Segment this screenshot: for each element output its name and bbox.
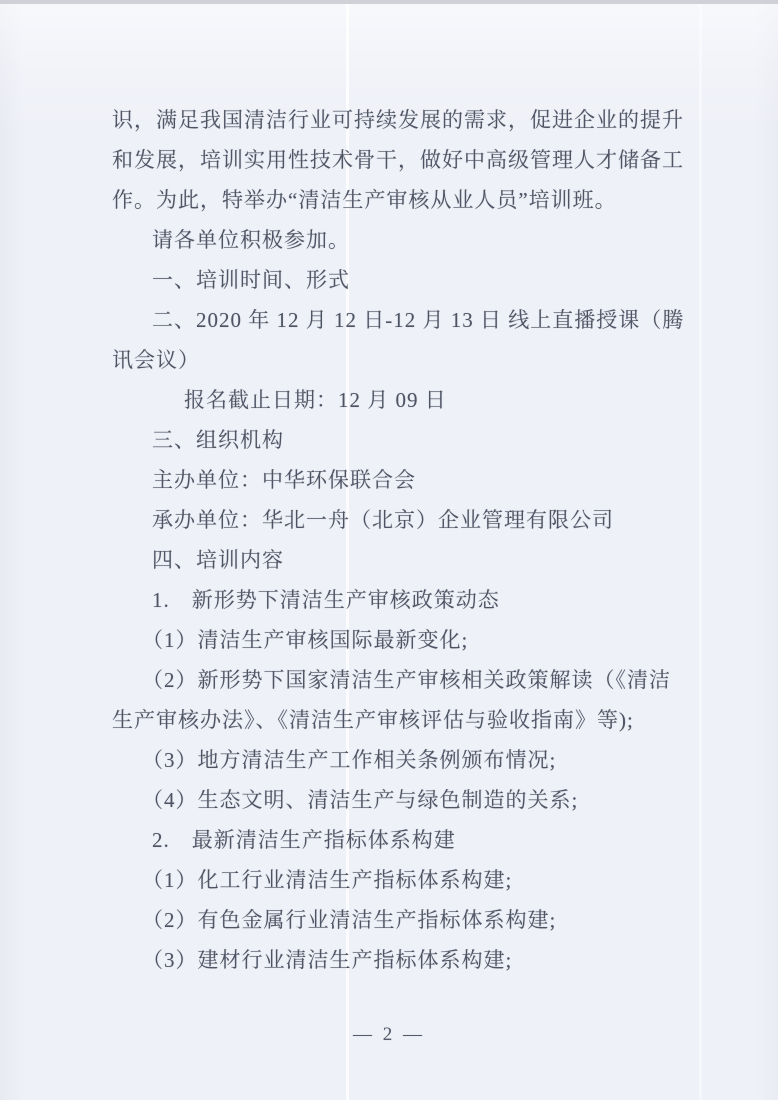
document-line-section-heading: 二、2020 年 12 月 12 日-12 月 13 日 线上直播授课（腾: [112, 300, 678, 340]
document-line-section-heading: 三、组织机构: [112, 420, 678, 460]
document-line-section-heading: 四、培训内容: [112, 540, 678, 580]
document-line-deadline: 报名截止日期：12 月 09 日: [112, 380, 678, 420]
document-line: 作。为此，特举办“清洁生产审核从业人员”培训班。: [112, 180, 678, 220]
document-line-list-item: （1）化工行业清洁生产指标体系构建;: [112, 860, 678, 900]
document-line-section-heading: 一、培训时间、形式: [112, 260, 678, 300]
document-line: 识，满足我国清洁行业可持续发展的需求，促进企业的提升: [112, 100, 678, 140]
page-number: — 2 —: [0, 1015, 778, 1055]
document-line: 生产审核办法》、《清洁生产审核评估与验收指南》等);: [112, 700, 678, 740]
document-line-list-item: （3）建材行业清洁生产指标体系构建;: [112, 940, 678, 980]
scan-crease-line: [699, 4, 702, 1100]
document-body: 识，满足我国清洁行业可持续发展的需求，促进企业的提升 和发展，培训实用性技术骨干…: [112, 100, 678, 980]
document-line-list-item: 2. 最新清洁生产指标体系构建: [112, 820, 678, 860]
document-line-list-item: （2）有色金属行业清洁生产指标体系构建;: [112, 900, 678, 940]
document-line-list-item: （1）清洁生产审核国际最新变化;: [112, 620, 678, 660]
document-line-list-item: （2）新形势下国家清洁生产审核相关政策解读（《清洁: [112, 660, 678, 700]
document-line-co-organizer: 承办单位：华北一舟（北京）企业管理有限公司: [112, 500, 678, 540]
document-line-list-item: （4）生态文明、清洁生产与绿色制造的关系;: [112, 780, 678, 820]
document-line: 和发展，培训实用性技术骨干，做好中高级管理人才储备工: [112, 140, 678, 180]
document-line: 请各单位积极参加。: [112, 220, 678, 260]
scanned-document-page: 识，满足我国清洁行业可持续发展的需求，促进企业的提升 和发展，培训实用性技术骨干…: [0, 0, 778, 1100]
document-line-list-item: 1. 新形势下清洁生产审核政策动态: [112, 580, 678, 620]
document-line-list-item: （3）地方清洁生产工作相关条例颁布情况;: [112, 740, 678, 780]
scan-top-edge: [0, 0, 778, 4]
document-line: 讯会议）: [112, 340, 678, 380]
document-line-organizer: 主办单位：中华环保联合会: [112, 460, 678, 500]
